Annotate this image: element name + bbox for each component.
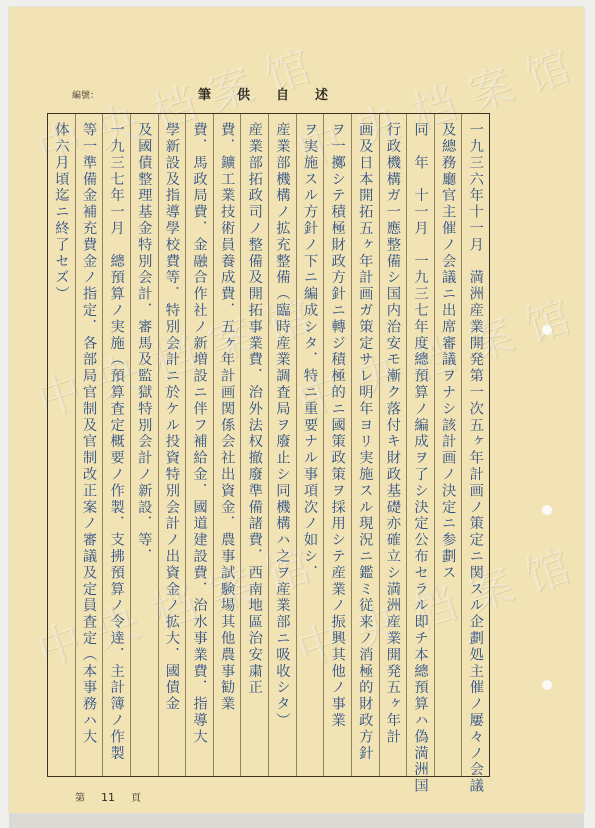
handwritten-line: 産業部拓政司ノ整備及開拓事業費．治外法权撤廢準備諸費．西南地區治安粛正 [248, 122, 262, 696]
manuscript-column: 等一準備金補充費金ノ指定．各部局官制及官制改正案ノ審議及定員査定（本事務ハ大 [75, 114, 103, 776]
handwritten-line: 画及日本開拓五ヶ年計画ガ策定サレ明年ヨリ実施スル現況ニ鑑ミ従来ノ消極的財政方針 [358, 122, 372, 762]
manuscript-column: 体六月頃迄ニ終了セズ） [48, 114, 75, 776]
manuscript-column: 同 年 十一月 一九三七年度總預算ノ編成ヲ了シ決定公布セラル即チ本總預算ハ偽満洲… [406, 114, 434, 776]
handwritten-line: 同 年 十一月 一九三七年度總預算ノ編成ヲ了シ決定公布セラル即チ本總預算ハ偽満洲… [413, 122, 427, 794]
title-char: 筆 [198, 84, 211, 103]
manuscript-column: 産業部機構ノ拡充整備（臨時産業調査局ヲ廢止シ同機構ハ之ヲ産業部ニ吸收シタ） [268, 114, 296, 776]
manuscript-grid: 一九三六年十一月 満洲産業開発第一次五ヶ年計画ノ策定ニ関スル企劃処主催ノ屢々ノ会… [47, 113, 490, 777]
page-suffix: 頁 [131, 789, 141, 804]
handwritten-line: 行政機構ガ一應整備シ国内治安モ漸ク落付キ財政基礎亦確立シ満洲産業開発五ヶ年計 [386, 122, 400, 745]
manuscript-column: ヲ一擲シテ積極財政方針ニ轉ジ積極的ニ國策政策ヲ採用シテ産業ノ振興其他ノ事業 [323, 114, 351, 776]
handwritten-line: ヲ一擲シテ積極財政方針ニ轉ジ積極的ニ國策政策ヲ採用シテ産業ノ振興其他ノ事業 [330, 122, 344, 729]
binding-hole [542, 505, 552, 515]
title-char: 自 [276, 84, 289, 103]
handwritten-line: 産業部機構ノ拡充整備（臨時産業調査局ヲ廢止シ同機構ハ之ヲ産業部ニ吸收シタ） [275, 122, 289, 729]
binding-hole [542, 680, 552, 690]
page-prefix: 第 [75, 789, 85, 804]
manuscript-column: 画及日本開拓五ヶ年計画ガ策定サレ明年ヨリ実施スル現況ニ鑑ミ従来ノ消極的財政方針 [351, 114, 379, 776]
handwritten-line: 及國債整理基金特別会計．審馬及監獄特別会計ノ新設．等． [137, 122, 151, 565]
handwritten-line: 學新設及指導學校費等．特別会計ニ於ケル投資特別会計ノ出資金ノ拡大．國債金 [165, 122, 179, 712]
handwritten-line: 体六月頃迄ニ終了セズ） [54, 122, 68, 302]
manuscript-column: 一九三六年十一月 満洲産業開発第一次五ヶ年計画ノ策定ニ関スル企劃処主催ノ屢々ノ会… [461, 114, 489, 776]
manuscript-column: ヲ実施スル方針ノ下ニ編成シタ．特ニ重要ナル事項次ノ如シ． [296, 114, 324, 776]
serial-number-label: 編號： [72, 88, 99, 101]
manuscript-column: 費．鑛工業技術員養成費．五ヶ年計画関係会社出資金．農事試験場其他農事勧業 [213, 114, 241, 776]
handwritten-line: 及總務廳官主催ノ会議ニ出席審議ヲナシ該計画ノ決定ニ参劃ス [441, 122, 455, 581]
manuscript-column: 一九三七年一月 總預算ノ実施（預算査定概要ノ作製．支拂預算ノ令達．主計簿ノ作製 [102, 114, 130, 776]
handwritten-line: 等一準備金補充費金ノ指定．各部局官制及官制改正案ノ審議及定員査定（本事務ハ大 [82, 122, 96, 745]
title-char: 供 [237, 84, 250, 103]
handwritten-line: ヲ実施スル方針ノ下ニ編成シタ．特ニ重要ナル事項次ノ如シ． [303, 122, 317, 581]
handwritten-line: 一九三七年一月 總預算ノ実施（預算査定概要ノ作製．支拂預算ノ令達．主計簿ノ作製 [109, 122, 123, 762]
page-footer: 第 11 頁 [75, 789, 141, 804]
title-char: 述 [315, 84, 328, 103]
handwritten-line: 費．鑛工業技術員養成費．五ヶ年計画関係会社出資金．農事試験場其他農事勧業 [220, 122, 234, 712]
scan-background-strip [9, 813, 584, 828]
manuscript-column: 産業部拓政司ノ整備及開拓事業費．治外法权撤廢準備諸費．西南地區治安粛正 [240, 114, 268, 776]
manuscript-column: 學新設及指導學校費等．特別会計ニ於ケル投資特別会計ノ出資金ノ拡大．國債金 [158, 114, 186, 776]
page-number: 11 [101, 791, 115, 804]
manuscript-column: 及總務廳官主催ノ会議ニ出席審議ヲナシ該計画ノ決定ニ参劃ス [434, 114, 462, 776]
binding-hole [542, 325, 552, 335]
handwritten-line: 一九三六年十一月 満洲産業開発第一次五ヶ年計画ノ策定ニ関スル企劃処主催ノ屢々ノ会… [469, 122, 483, 794]
form-title: 筆 供 自 述 [198, 84, 328, 103]
manuscript-column: 行政機構ガ一應整備シ国内治安モ漸ク落付キ財政基礎亦確立シ満洲産業開発五ヶ年計 [379, 114, 407, 776]
handwritten-line: 費．馬政局費．金融合作社ノ新増設ニ伴フ補給金．國道建設費．治水事業費．指導大 [192, 122, 206, 745]
manuscript-column: 及國債整理基金特別会計．審馬及監獄特別会計ノ新設．等． [130, 114, 158, 776]
manuscript-column: 費．馬政局費．金融合作社ノ新増設ニ伴フ補給金．國道建設費．治水事業費．指導大 [185, 114, 213, 776]
